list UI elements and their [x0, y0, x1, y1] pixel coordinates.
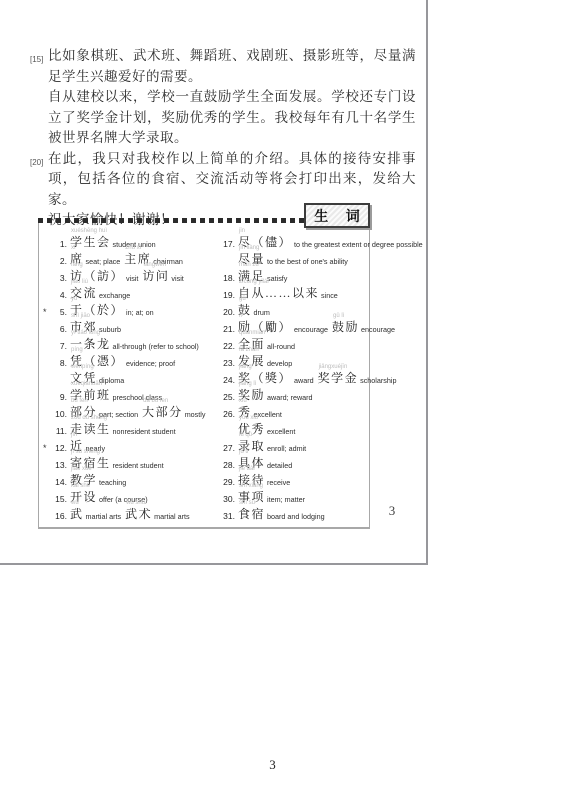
pinyin: jiǎngxuéjīn [319, 364, 348, 370]
entry-number: 8. [51, 358, 67, 370]
english-gloss: teaching [99, 478, 126, 489]
pinyin: jìn [71, 432, 77, 438]
page-number: 3 [382, 503, 402, 519]
english-gloss: encourage [294, 325, 328, 336]
entry-number: 14. [51, 477, 67, 489]
entry-number: 28. [219, 460, 235, 472]
word-group: fǎngwèn访问 [142, 267, 169, 285]
chinese-word: 食宿 [238, 507, 265, 521]
chinese-word: 武术 [125, 507, 152, 521]
english-gloss: visit [171, 274, 183, 285]
english-gloss: enroll; admit [267, 444, 306, 455]
pinyin: lì [239, 313, 242, 319]
entry-number: 31. [219, 511, 235, 523]
pinyin: jǐn liàng [239, 245, 259, 251]
entry-number: 12. [51, 443, 67, 455]
english-gloss: martial arts [86, 512, 122, 523]
entry-number: 15. [51, 494, 67, 506]
vocab-column-left: 1.xuéshēng huì学生会student union2.xí席seat;… [51, 234, 219, 523]
english-gloss: mostly [185, 410, 206, 421]
entry-number: 2. [51, 256, 67, 268]
paragraph: [20] 在此，我只对我校作以上简单的介绍。具体的接待安排事项，包括各位的食宿、… [32, 149, 416, 211]
new-words-header-box: 生 词 [304, 203, 370, 228]
pinyin: fǎng [71, 262, 83, 268]
english-gloss: receive [267, 478, 290, 489]
pinyin: gǔ lì [333, 313, 344, 319]
entry-number: 18. [219, 273, 235, 285]
chinese-word: 学生会 [70, 235, 111, 249]
word-group: dà bù fen大部分 [142, 403, 183, 421]
pinyin: shí sù [239, 500, 255, 506]
word-group: gǔ lì鼓励 [332, 318, 359, 336]
english-gloss: evidence; proof [126, 359, 175, 370]
english-gloss: to the greatest extent or degree possibl… [294, 240, 423, 251]
pinyin: jiào xué [71, 466, 92, 472]
english-gloss: item; matter [267, 495, 305, 506]
pinyin: lù qǔ [239, 432, 252, 438]
pinyin: shì jiāo [71, 313, 90, 319]
english-gloss: martial arts [154, 512, 190, 523]
chinese-word: 鼓励 [332, 320, 359, 334]
pinyin: bù fen [71, 398, 88, 404]
entry-number: 11. [51, 426, 67, 438]
english-gloss: resident student [113, 461, 164, 472]
pinyin: xuéshēng huì [71, 228, 107, 234]
english-gloss: detailed [267, 461, 292, 472]
pinyin: jiǎng [239, 364, 252, 370]
pinyin: jiē dài [239, 466, 255, 472]
english-gloss: to the best of one's ability [267, 257, 348, 268]
english-gloss: award [294, 376, 314, 387]
entry-number: 17. [219, 239, 235, 251]
entry-number: 6. [51, 324, 67, 336]
entry-number: 30. [219, 494, 235, 506]
entry-number: 16. [51, 511, 67, 523]
paragraph-text: 在此，我只对我校作以上简单的介绍。具体的接待安排事项，包括各位的食宿、交流活动等… [48, 151, 416, 207]
pinyin: jiǎng lì [239, 381, 256, 387]
english-gloss: excellent [267, 427, 295, 438]
pinyin: jǐn [239, 228, 245, 234]
pinyin: yú [71, 296, 77, 302]
entry-number: 27. [219, 443, 235, 455]
pinyin: zǒu dú shēng [71, 415, 107, 421]
entry-number: 26. [219, 409, 235, 421]
pinyin: shì xiàng [239, 483, 263, 489]
english-gloss: all-through (refer to school) [113, 342, 199, 353]
footnote-star: * [43, 443, 47, 453]
english-gloss: scholarship [360, 376, 396, 387]
pinyin: xuéqiánbān [71, 381, 102, 387]
chinese-word: 自从……以来 [238, 286, 319, 300]
chinese-word: 大部分 [142, 405, 183, 419]
pinyin: yì tiáo lóng [71, 330, 100, 336]
chinese-word: 访问 [142, 269, 169, 283]
pinyin: quánmiàn [239, 330, 265, 336]
word-group: shí sù食宿 [238, 505, 265, 523]
pinyin: wénpíng [71, 364, 94, 370]
pinyin: xiù [239, 398, 247, 404]
entry-number: 22. [219, 341, 235, 353]
paragraph-text: 自从建校以来，学校一直鼓励学生全面发展。学校还专门设立了奖学金计划，奖励优秀的学… [48, 89, 416, 145]
pinyin: kāi shè [71, 483, 90, 489]
entry-number: 10. [51, 409, 67, 421]
english-gloss: award; reward [267, 393, 313, 404]
entry-number: 19. [219, 290, 235, 302]
chinese-word: 奖学金 [318, 371, 359, 385]
pinyin: fā zhǎn [239, 347, 259, 353]
entry-number: 7. [51, 341, 67, 353]
pinyin: jì sù shēng [71, 449, 100, 455]
paragraph: [15] 比如象棋班、武术班、舞蹈班、戏剧班、摄影班等，尽量满足学生兴趣爱好的需… [32, 46, 416, 87]
vocab-entry: 16.wǔ武martial artswǔ shù武术martial arts [51, 506, 219, 523]
pinyin: zìcóng yǐlái [239, 279, 269, 285]
word-group: jiǎngxuéjīn奖学金 [318, 369, 359, 387]
pinyin: zhǔ xí [125, 245, 141, 251]
english-gloss: all-round [267, 342, 295, 353]
entry-number: 24. [219, 375, 235, 387]
footnote-star: * [43, 307, 47, 317]
entry-number: 9. [51, 392, 67, 404]
pinyin: wǔ [71, 500, 79, 506]
pinyin: xí [71, 245, 76, 251]
entry-number: 1. [51, 239, 67, 251]
english-gloss: nonresident student [113, 427, 176, 438]
document-page-number: 3 [0, 757, 545, 773]
pinyin: píng [71, 347, 83, 353]
word-group: wǔ武 [70, 505, 84, 523]
entry-number: 20. [219, 307, 235, 319]
word-group: wǔ shù武术 [125, 505, 152, 523]
english-gloss: encourage [361, 325, 395, 336]
paragraph-text: 比如象棋班、武术班、舞蹈班、戏剧班、摄影班等，尽量满足学生兴趣爱好的需要。 [48, 48, 416, 84]
pinyin: mǎn zú [239, 262, 259, 268]
english-gloss: since [321, 291, 338, 302]
english-gloss: board and lodging [267, 512, 325, 523]
word-group: xuéshēng huì学生会 [70, 233, 111, 251]
new-words-title: 生 词 [307, 206, 367, 226]
english-gloss: in; at; on [126, 308, 154, 319]
english-gloss: visit [126, 274, 138, 285]
pinyin: wǔ shù [126, 500, 145, 506]
pinyin: fǎngwèn [143, 262, 166, 268]
vocabulary-box: 1.xuéshēng huì学生会student union2.xí席seat;… [38, 218, 370, 529]
entry-number: 23. [219, 358, 235, 370]
entry-number: 29. [219, 477, 235, 489]
entry-number: 25. [219, 392, 235, 404]
entry-number: 3. [51, 273, 67, 285]
entry-number: 5. [51, 307, 67, 319]
word-group: zìcóng yǐlái自从……以来 [238, 284, 319, 302]
paragraph-number: [15] [30, 50, 43, 71]
pinyin: dà bù fen [143, 398, 168, 404]
entry-number: 4. [51, 290, 67, 302]
paragraph-number: [20] [30, 153, 43, 174]
pinyin: jiāo liú [71, 279, 88, 285]
pinyin: jù tǐ [239, 449, 248, 455]
entry-number: 13. [51, 460, 67, 472]
vocab-column-right: 17.jǐn尽（儘）to the greatest extent or degr… [219, 234, 369, 523]
entry-number: 21. [219, 324, 235, 336]
paragraph: 自从建校以来，学校一直鼓励学生全面发展。学校还专门设立了奖学金计划，奖励优秀的学… [32, 87, 416, 149]
pinyin: yōu xiù [239, 415, 258, 421]
chinese-word: 武 [70, 507, 84, 521]
vocab-entry: 31.shí sù食宿board and lodging [219, 506, 369, 523]
pinyin: gǔ [239, 296, 246, 302]
